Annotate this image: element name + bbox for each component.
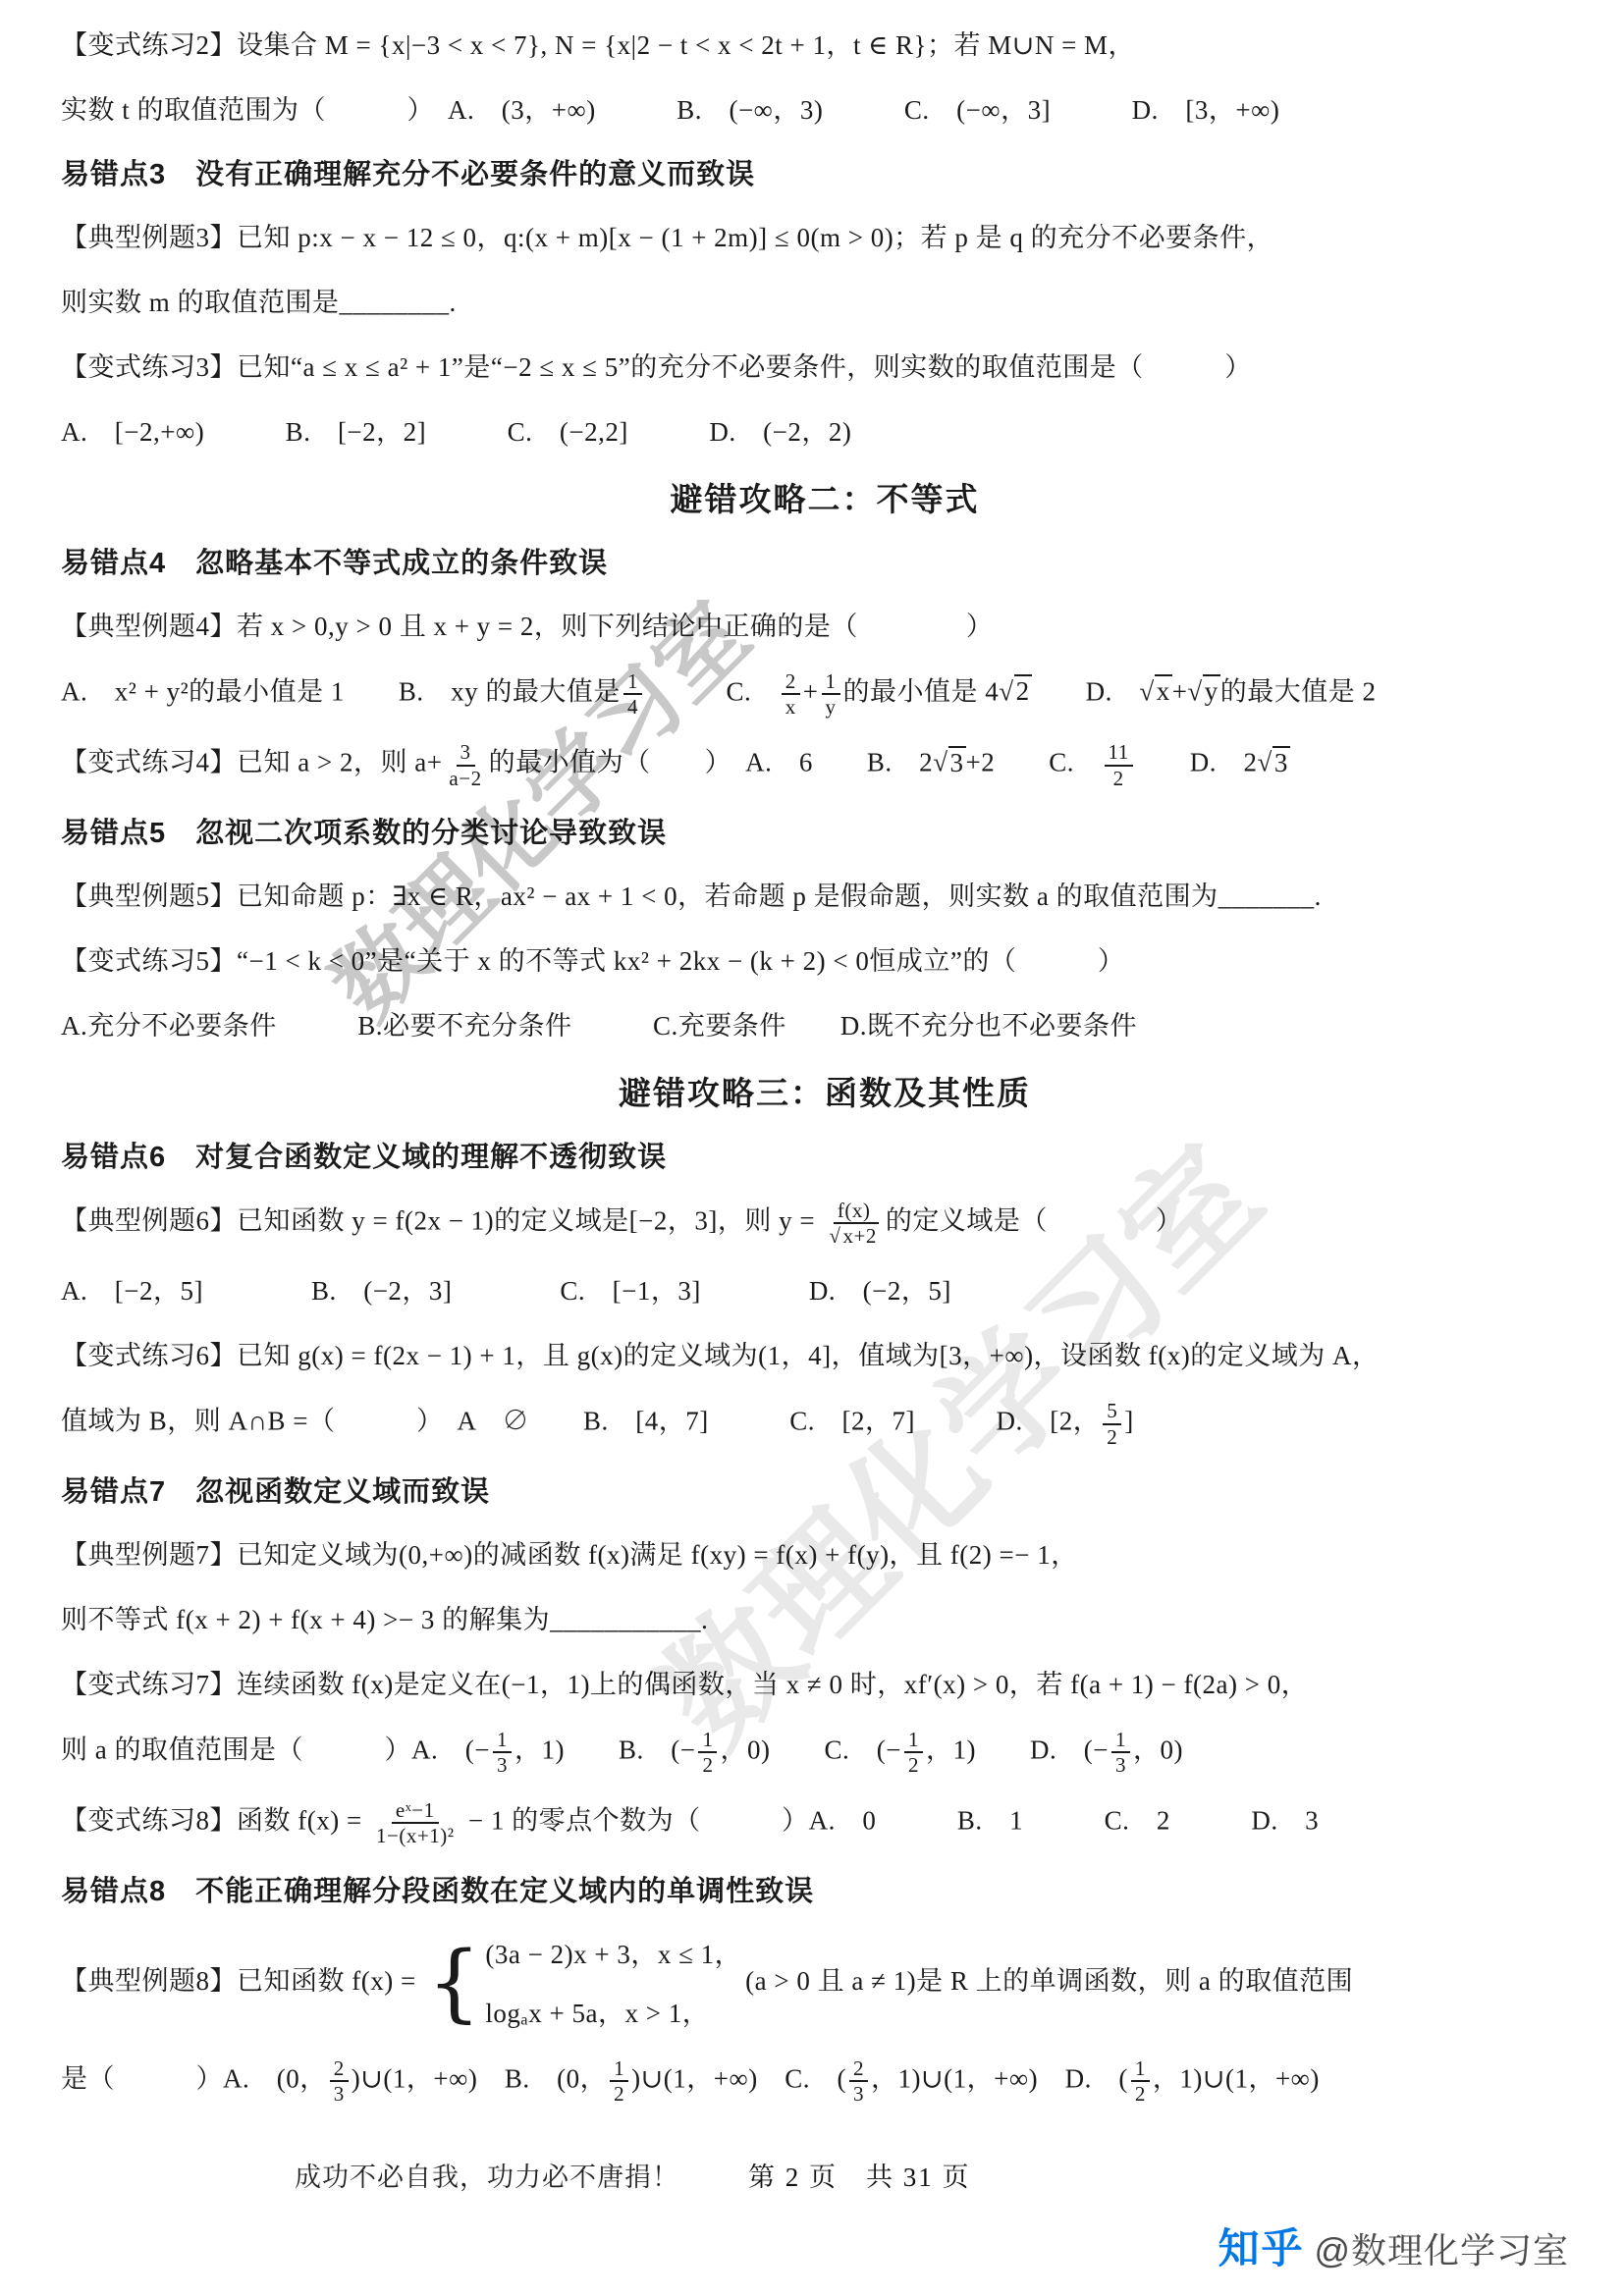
footer-page-info: 第 2 页 共 31 页 (748, 2156, 971, 2194)
text-line: 则 a 的取值范围是（ ）A. (−13，1) B. (−12，0) C. (−… (61, 1728, 1589, 1777)
sqrt-expression: √y (1187, 674, 1219, 706)
brace-glyph: { (427, 1946, 481, 2022)
fraction: eˣ−11−(x+1)² (372, 1798, 459, 1847)
sqrt-expression: √x (1139, 674, 1171, 706)
fraction: 12 (698, 1728, 717, 1777)
footer-motto: 成功不必自我，功力必不唐捐！ (295, 2156, 679, 2194)
text-line: 值域为 B，则 A∩B =（ ） A ∅ B. [4，7] C. [2，7] D… (61, 1399, 1589, 1448)
fraction: 23 (330, 2056, 349, 2106)
document-page: 数理化学习室 数理化学习室 【变式练习2】设集合 M = {x|−3 < x <… (0, 0, 1624, 2296)
fraction: 12 (904, 1728, 923, 1777)
error-point-heading: 易错点4 忽略基本不等式成立的条件致误 (61, 542, 1589, 585)
sqrt-expression: √3 (1258, 746, 1290, 777)
text-line: 【变式练习2】设集合 M = {x|−3 < x < 7}, N = {x|2 … (61, 24, 1589, 67)
sqrt-expression: √3 (933, 746, 965, 777)
text-line: 【变式练习4】已知 a > 2，则 a+3a−2的最小值为（ ） A. 6 B.… (61, 740, 1589, 789)
text-line: 【变式练习3】已知“a ≤ x ≤ a² + 1”是“−2 ≤ x ≤ 5”的充… (61, 346, 1589, 389)
text-line: A. x² + y²的最小值是 1 B. xy 的最大值是14 C. 2x+1y… (61, 669, 1589, 719)
text-line: 【变式练习7】连续函数 f(x)是定义在(−1，1)上的偶函数，当 x ≠ 0 … (61, 1663, 1589, 1706)
fraction: 2x (782, 669, 800, 719)
fraction: 23 (849, 2056, 868, 2106)
text-line: 【变式练习5】“−1 < k < 0”是“关于 x 的不等式 kx² + 2kx… (61, 939, 1589, 983)
brand-handle: @数理化学习室 (1314, 2223, 1569, 2273)
section-heading: 避错攻略三：函数及其性质 (61, 1069, 1589, 1118)
zhihu-logo: 知乎 (1218, 2216, 1304, 2275)
fraction: 52 (1103, 1399, 1121, 1448)
text-line: 【变式练习6】已知 g(x) = f(2x − 1) + 1，且 g(x)的定义… (61, 1334, 1589, 1377)
fraction: 12 (610, 2056, 628, 2106)
fraction: 13 (1111, 1728, 1130, 1777)
fraction: 13 (493, 1728, 512, 1777)
text-line: 【典型例题8】已知函数 f(x) = {(3a − 2)x + 3，x ≤ 1，… (61, 1933, 1589, 2035)
fraction: 1y (822, 669, 840, 719)
fraction: 3a−2 (445, 740, 485, 789)
fraction: 112 (1105, 740, 1133, 789)
error-point-heading: 易错点7 忽视函数定义域而致误 (61, 1470, 1589, 1514)
section-heading: 避错攻略二：不等式 (61, 475, 1589, 524)
text-line: 则实数 m 的取值范围是________. (61, 281, 1589, 324)
document-body: 【变式练习2】设集合 M = {x|−3 < x < 7}, N = {x|2 … (61, 24, 1589, 2127)
error-point-heading: 易错点3 没有正确理解充分不必要条件的意义而致误 (61, 153, 1589, 196)
text-line: 【典型例题3】已知 p:x − x − 12 ≤ 0，q:(x + m)[x −… (61, 216, 1589, 259)
error-point-heading: 易错点8 不能正确理解分段函数在定义域内的单调性致误 (61, 1870, 1589, 1913)
text-line: 【典型例题4】若 x > 0,y > 0 且 x + y = 2，则下列结论中正… (61, 605, 1589, 648)
fraction: 12 (1131, 2056, 1150, 2106)
sqrt-expression: √x+2 (829, 1222, 878, 1248)
fraction: f(x)√x+2 (825, 1199, 882, 1248)
piecewise-function: {(3a − 2)x + 3，x ≤ 1，logₐx + 5a，x > 1， (427, 1933, 741, 2035)
error-point-heading: 易错点6 对复合函数定义域的理解不透彻致误 (61, 1136, 1589, 1179)
text-line: 则不等式 f(x + 2) + f(x + 4) >− 3 的解集为______… (61, 1598, 1589, 1641)
text-line: 【典型例题6】已知函数 y = f(2x − 1)的定义域是[−2，3]，则 y… (61, 1199, 1589, 1248)
text-line: 【典型例题5】已知命题 p：∃x ∈ R，ax² − ax + 1 < 0，若命… (61, 875, 1589, 918)
text-line: A. [−2，5] B. (−2，3] C. [−1，3] D. (−2，5] (61, 1269, 1589, 1312)
text-line: A. [−2,+∞) B. [−2，2] C. (−2,2] D. (−2，2) (61, 410, 1589, 454)
zhihu-credit: 知乎 @数理化学习室 (1218, 2216, 1569, 2275)
sqrt-expression: √2 (999, 674, 1031, 706)
text-line: 实数 t 的取值范围为（ ） A. (3，+∞) B. (−∞，3) C. (−… (61, 88, 1589, 132)
text-line: 【变式练习8】函数 f(x) = eˣ−11−(x+1)² − 1 的零点个数为… (61, 1798, 1589, 1847)
fraction: 14 (623, 669, 642, 719)
text-line: 是（ ）A. (0，23)∪(1，+∞) B. (0，12)∪(1，+∞) C.… (61, 2056, 1589, 2106)
text-line: 【典型例题7】已知定义域为(0,+∞)的减函数 f(x)满足 f(xy) = f… (61, 1533, 1589, 1576)
error-point-heading: 易错点5 忽视二次项系数的分类讨论导致致误 (61, 812, 1589, 855)
text-line: A.充分不必要条件 B.必要不充分条件 C.充要条件 D.既不充分也不必要条件 (61, 1004, 1589, 1047)
